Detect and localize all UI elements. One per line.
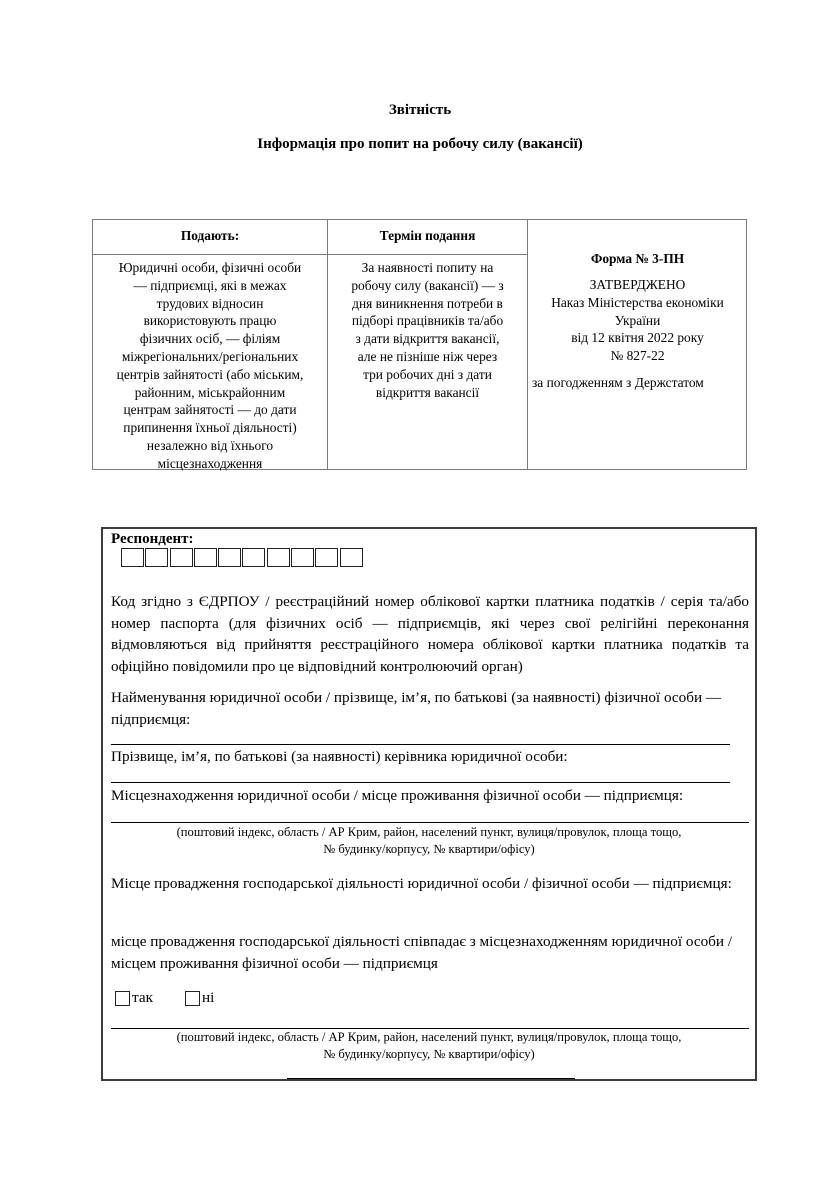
form-number: Форма № 3-ПН — [528, 250, 747, 268]
address-note-line2: № будинку/корпусу, № квартири/офісу) — [103, 1046, 755, 1063]
approval-line: Наказ Міністерства економіки — [528, 294, 747, 312]
deadline-line: підборі працівників та/або — [328, 312, 527, 330]
submitters-line: районним, міськрайонним — [93, 384, 327, 402]
agreement-text: за погодженням з Держстатом — [532, 374, 751, 392]
address-note-line1: (поштовий індекс, область / АР Крим, рай… — [103, 1029, 755, 1046]
deadline-header: Термін подання — [328, 227, 527, 245]
code-digit-box[interactable] — [340, 548, 363, 567]
submitters-line: припинення їхньої діяльності) — [93, 419, 327, 437]
submitters-line: центрам зайнятості — до дати — [93, 401, 327, 419]
submitters-line: фізичних осіб, — філіям — [93, 330, 327, 348]
submitters-line: використовують працю — [93, 312, 327, 330]
option-yes-label: так — [132, 989, 153, 1007]
respondent-label: Респондент: — [111, 531, 194, 548]
deadline-line: відкриття вакансії — [328, 384, 527, 402]
approval-line: від 12 квітня 2022 року — [528, 329, 747, 347]
option-no[interactable]: ні — [185, 989, 214, 1007]
approval-text: ЗАТВЕРДЖЕНОНаказ Міністерства економікиУ… — [528, 276, 747, 365]
submitters-line: незалежно від їхнього — [93, 437, 327, 455]
document-title: Звітність — [0, 102, 840, 119]
address-note-line2: № будинку/корпусу, № квартири/офісу) — [103, 841, 755, 858]
address-note: (поштовий індекс, область / АР Крим, рай… — [103, 824, 755, 858]
approval-line: України — [528, 312, 747, 330]
same-place-question: місце провадження господарської діяльнос… — [111, 931, 749, 974]
head-name-field[interactable] — [111, 782, 730, 783]
submitters-text: Юридичні особи, фізичні особи— підприємц… — [93, 259, 327, 473]
deadline-line: з дати відкриття вакансії, — [328, 330, 527, 348]
business-address-note: (поштовий індекс, область / АР Крим, рай… — [103, 1029, 755, 1063]
code-digit-box[interactable] — [194, 548, 217, 567]
deadline-line: три робочих дні з дати — [328, 366, 527, 384]
approval-line: № 827-22 — [528, 347, 747, 365]
code-digit-box[interactable] — [315, 548, 338, 567]
option-yes[interactable]: так — [115, 989, 153, 1007]
signature-line[interactable] — [287, 1078, 575, 1079]
respondent-form: Респондент: Код згідно з ЄДРПОУ / реєстр… — [101, 527, 757, 1081]
submitters-header: Подають: — [93, 227, 327, 245]
submitters-line: трудових відносин — [93, 295, 327, 313]
location-field[interactable] — [111, 822, 749, 823]
submitters-line: Юридичні особи, фізичні особи — [93, 259, 327, 277]
respondent-code-input — [121, 548, 363, 567]
submitters-line: міжрегіональних/регіональних — [93, 348, 327, 366]
deadline-line: робочу силу (вакансії) — з — [328, 277, 527, 295]
code-digit-box[interactable] — [145, 548, 168, 567]
deadline-text: За наявності попиту наробочу силу (вакан… — [328, 259, 527, 401]
checkbox-icon[interactable] — [185, 991, 200, 1006]
same-place-options: так ні — [115, 989, 214, 1011]
header-divider — [93, 254, 527, 255]
option-no-label: ні — [202, 989, 214, 1007]
code-description: Код згідно з ЄДРПОУ / реєстраційний номе… — [111, 591, 749, 677]
code-digit-box[interactable] — [291, 548, 314, 567]
submitters-line: центрів зайнятості (або міським, — [93, 366, 327, 384]
business-place-label: Місце провадження господарської діяльнос… — [111, 873, 749, 895]
code-digit-box[interactable] — [121, 548, 144, 567]
name-field[interactable] — [111, 744, 730, 745]
code-digit-box[interactable] — [267, 548, 290, 567]
deadline-line: але не пізніше ніж через — [328, 348, 527, 366]
document-subtitle: Інформація про попит на робочу силу (вак… — [0, 136, 840, 153]
deadline-line: дня виникнення потреби в — [328, 295, 527, 313]
submitters-line: — підприємці, які в межах — [93, 277, 327, 295]
info-table: Подають: Термін подання Юридичні особи, … — [92, 219, 747, 470]
name-label: Найменування юридичної особи / прізвище,… — [111, 687, 749, 730]
deadline-line: За наявності попиту на — [328, 259, 527, 277]
code-digit-box[interactable] — [218, 548, 241, 567]
code-digit-box[interactable] — [242, 548, 265, 567]
code-digit-box[interactable] — [170, 548, 193, 567]
location-label: Місцезнаходження юридичної особи / місце… — [111, 785, 749, 807]
submitters-line: місцезнаходження — [93, 455, 327, 473]
head-label: Прізвище, ім’я, по батькові (за наявност… — [111, 746, 749, 768]
approval-line: ЗАТВЕРДЖЕНО — [528, 276, 747, 294]
checkbox-icon[interactable] — [115, 991, 130, 1006]
address-note-line1: (поштовий індекс, область / АР Крим, рай… — [103, 824, 755, 841]
